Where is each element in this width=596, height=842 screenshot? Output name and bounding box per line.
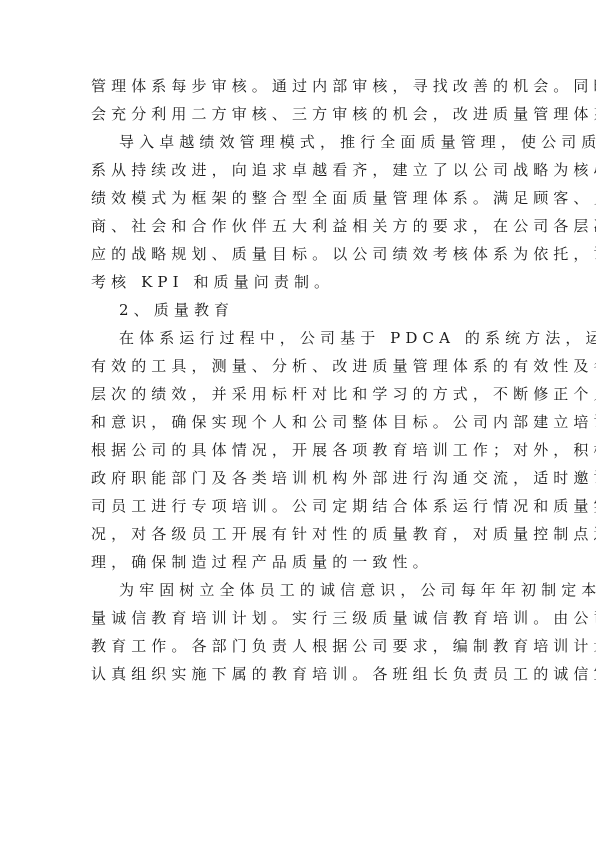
paragraph-start-line: 在体系运行过程中，公司基于 PDCA 的系统方法，运用各种科学、 [91, 324, 507, 352]
text-line: 商、社会和合作伙伴五大利益相关方的要求，在公司各层次建立了相 [91, 212, 507, 240]
text-line: 量诚信教育培训计划。实行三级质量诚信教育培训。由公司组织一级 [91, 604, 507, 632]
text-line: 应的战略规划、质量目标。以公司绩效考核体系为依托，设立了质量 [91, 240, 507, 268]
section-heading: 2、质量教育 [91, 296, 507, 324]
paragraph-start-line: 导入卓越绩效管理模式，推行全面质量管理，使公司质量管理体 [91, 128, 507, 156]
text-line: 管理体系每步审核。通过内部审核，寻找改善的机会。同时，公司也 [91, 72, 507, 100]
text-line: 绩效模式为框架的整合型全面质量管理体系。满足顾客、员工、供应 [91, 184, 507, 212]
paragraph-start-line: 为牢固树立全体员工的诚信意识，公司每年年初制定本年度的质 [91, 576, 507, 604]
text-line: 有效的工具，测量、分析、改进质量管理体系的有效性及各部门、各 [91, 352, 507, 380]
text-line: 教育工作。各部门负责人根据公司要求，编制教育培训计划和内容， [91, 632, 507, 660]
text-line: 会充分利用二方审核、三方审核的机会，改进质量管理体系的有效性。 [91, 100, 507, 128]
text-line: 认真组织实施下属的教育培训。各班组长负责员工的诚信宣传教育工 [91, 660, 507, 688]
text-line: 况，对各级员工开展有针对性的质量教育，对质量控制点进行专项管 [91, 520, 507, 548]
document-body: 管理体系每步审核。通过内部审核，寻找改善的机会。同时，公司也 会充分利用二方审核… [91, 72, 507, 688]
text-line: 和意识，确保实现个人和公司整体目标。公司内部建立培训师制度， [91, 408, 507, 436]
text-line: 根据公司的具体情况，开展各项教育培训工作；对外，积极与顾客和 [91, 436, 507, 464]
text-line: 政府职能部门及各类培训机构外部进行沟通交流，适时邀请专家对公 [91, 464, 507, 492]
text-line: 层次的绩效，并采用标杆对比和学习的方式，不断修正个人工作思想 [91, 380, 507, 408]
text-line: 考核 KPI 和质量问责制。 [91, 268, 507, 296]
text-line: 理，确保制造过程产品质量的一致性。 [91, 548, 507, 576]
text-line: 系从持续改进，向追求卓越看齐，建立了以公司战略为核心，以卓越 [91, 156, 507, 184]
text-line: 司员工进行专项培训。公司定期结合体系运行情况和质量实际表现情 [91, 492, 507, 520]
